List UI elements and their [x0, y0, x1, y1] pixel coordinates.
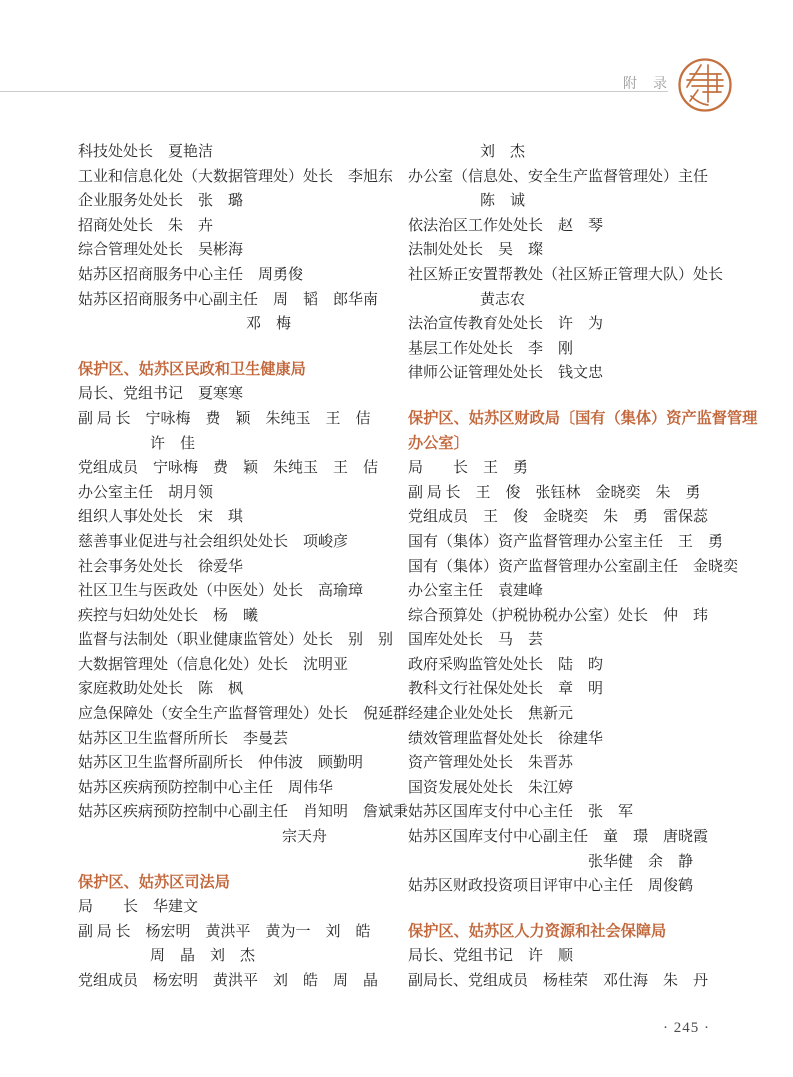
entry-line: 局 长 王 勇 — [408, 456, 766, 481]
entry-line: 科技处处长 夏艳洁 — [78, 140, 400, 165]
entry-line: 党组成员 王 俊 金晓奕 朱 勇 雷保蕊 — [408, 505, 766, 530]
entry-line: 经建企业处处长 焦新元 — [408, 702, 766, 727]
section-heading: 办公室〕 — [408, 432, 766, 457]
entry-line: 党组成员 杨宏明 黄洪平 刘 皓 周 晶 — [78, 969, 400, 994]
section-heading: 保护区、姑苏区人力资源和社会保障局 — [408, 920, 766, 945]
entry-line: 律师公证管理处处长 钱文忠 — [408, 361, 766, 386]
entry-line: 姑苏区招商服务中心副主任 周 韬 郎华南 — [78, 288, 400, 313]
entry-line: 陈 诚 — [408, 189, 766, 214]
entry-line: 办公室主任 胡月领 — [78, 481, 400, 506]
entry-line: 组织人事处处长 宋 琪 — [78, 505, 400, 530]
entry-line: 局长、党组书记 夏寒寒 — [78, 382, 400, 407]
entry-line: 姑苏区疾病预防控制中心副主任 肖知明 詹斌秉 — [78, 800, 400, 825]
personnel-section: 科技处处长 夏艳洁工业和信息化处（大数据管理处）处长 李旭东企业服务处处长 张 … — [78, 140, 400, 337]
section-heading: 保护区、姑苏区司法局 — [78, 871, 400, 896]
entry-line: 监督与法制处（职业健康监管处）处长 别 别 — [78, 628, 400, 653]
entry-line: 社区卫生与医政处（中医处）处长 高瑜璋 — [78, 579, 400, 604]
left-column: 科技处处长 夏艳洁工业和信息化处（大数据管理处）处长 李旭东企业服务处处长 张 … — [78, 140, 400, 994]
entry-line: 政府采购监管处处长 陆 昀 — [408, 653, 766, 678]
entry-line: 国资发展处处长 朱江婷 — [408, 776, 766, 801]
entry-line: 基层工作处处长 李 刚 — [408, 337, 766, 362]
entry-line: 社会事务处处长 徐爱华 — [78, 555, 400, 580]
entry-line: 党组成员 宁咏梅 费 颖 朱纯玉 王 佶 — [78, 456, 400, 481]
personnel-section: 保护区、姑苏区司法局局 长 华建文副 局 长 杨宏明 黄洪平 黄为一 刘 皓周 … — [78, 871, 400, 994]
entry-line: 副局长、党组成员 杨桂荣 邓仕海 朱 丹 — [408, 969, 766, 994]
entry-line: 姑苏区招商服务中心主任 周勇俊 — [78, 263, 400, 288]
entry-line: 教科文行社保处处长 章 明 — [408, 677, 766, 702]
document-page: 附 录 科技处处长 夏艳洁工业和信息化处（大数据管理处）处长 李旭东企业服务处处… — [0, 0, 793, 1077]
entry-line: 招商处处长 朱 卉 — [78, 214, 400, 239]
entry-line: 法制处处长 吴 璨 — [408, 238, 766, 263]
entry-line: 绩效管理监督处处长 徐建华 — [408, 727, 766, 752]
entry-line: 大数据管理处（信息化处）处长 沈明亚 — [78, 653, 400, 678]
entry-line: 副 局 长 宁咏梅 费 颖 朱纯玉 王 佶 — [78, 407, 400, 432]
entry-line: 国有（集体）资产监督管理办公室主任 王 勇 — [408, 530, 766, 555]
entry-line: 依法治区工作处处长 赵 琴 — [408, 214, 766, 239]
personnel-section: 保护区、姑苏区财政局〔国有（集体）资产监督管理办公室〕局 长 王 勇副 局 长 … — [408, 407, 766, 899]
entry-line: 姑苏区卫生监督所副所长 仲伟波 顾勤明 — [78, 751, 400, 776]
year-seal-icon — [677, 57, 733, 113]
entry-line: 局 长 华建文 — [78, 895, 400, 920]
entry-line: 周 晶 刘 杰 — [78, 944, 400, 969]
entry-line: 许 佳 — [78, 432, 400, 457]
running-header: 附 录 — [623, 73, 668, 93]
section-heading: 保护区、姑苏区财政局〔国有（集体）资产监督管理 — [408, 407, 766, 432]
entry-line: 副 局 长 杨宏明 黄洪平 黄为一 刘 皓 — [78, 920, 400, 945]
entry-line: 局长、党组书记 许 顺 — [408, 944, 766, 969]
entry-line: 姑苏区疾病预防控制中心主任 周伟华 — [78, 776, 400, 801]
entry-line: 综合预算处（护税协税办公室）处长 仲 玮 — [408, 604, 766, 629]
entry-line: 家庭救助处处长 陈 枫 — [78, 677, 400, 702]
entry-line: 办公室（信息处、安全生产监督管理处）主任 — [408, 165, 766, 190]
entry-line: 工业和信息化处（大数据管理处）处长 李旭东 — [78, 165, 400, 190]
personnel-section: 保护区、姑苏区民政和卫生健康局局长、党组书记 夏寒寒副 局 长 宁咏梅 费 颖 … — [78, 358, 400, 850]
entry-line: 资产管理处处长 朱晋苏 — [408, 751, 766, 776]
entry-line: 邓 梅 — [78, 312, 400, 337]
entry-line: 姑苏区卫生监督所所长 李曼芸 — [78, 727, 400, 752]
entry-line: 姑苏区国库支付中心主任 张 军 — [408, 800, 766, 825]
entry-line: 疾控与妇幼处处长 杨 曦 — [78, 604, 400, 629]
personnel-section: 刘 杰办公室（信息处、安全生产监督管理处）主任陈 诚依法治区工作处处长 赵 琴法… — [408, 140, 766, 386]
entry-line: 副 局 长 王 俊 张钰林 金晓奕 朱 勇 — [408, 481, 766, 506]
header-rule — [0, 91, 668, 92]
entry-line: 应急保障处（安全生产监督管理处）处长 倪延群 — [78, 702, 400, 727]
entry-line: 社区矫正安置帮教处（社区矫正管理大队）处长 — [408, 263, 766, 288]
personnel-section: 保护区、姑苏区人力资源和社会保障局局长、党组书记 许 顺副局长、党组成员 杨桂荣… — [408, 920, 766, 994]
entry-line: 刘 杰 — [408, 140, 766, 165]
entry-line: 宗天舟 — [78, 825, 400, 850]
entry-line: 姑苏区国库支付中心副主任 童 璟 唐晓霞 — [408, 825, 766, 850]
entry-line: 姑苏区财政投资项目评审中心主任 周俊鹤 — [408, 874, 766, 899]
entry-line: 法治宣传教育处处长 许 为 — [408, 312, 766, 337]
section-heading: 保护区、姑苏区民政和卫生健康局 — [78, 358, 400, 383]
entry-line: 企业服务处处长 张 璐 — [78, 189, 400, 214]
entry-line: 国库处处长 马 芸 — [408, 628, 766, 653]
entry-line: 黄志农 — [408, 288, 766, 313]
entry-line: 办公室主任 袁建峰 — [408, 579, 766, 604]
entry-line: 张华健 余 静 — [408, 850, 766, 875]
entry-line: 国有（集体）资产监督管理办公室副主任 金晓奕 — [408, 555, 766, 580]
entry-line: 综合管理处处长 吴彬海 — [78, 238, 400, 263]
right-column: 刘 杰办公室（信息处、安全生产监督管理处）主任陈 诚依法治区工作处处长 赵 琴法… — [408, 140, 766, 994]
page-number: · 245 · — [663, 1020, 710, 1037]
entry-line: 慈善事业促进与社会组织处处长 项峻彦 — [78, 530, 400, 555]
